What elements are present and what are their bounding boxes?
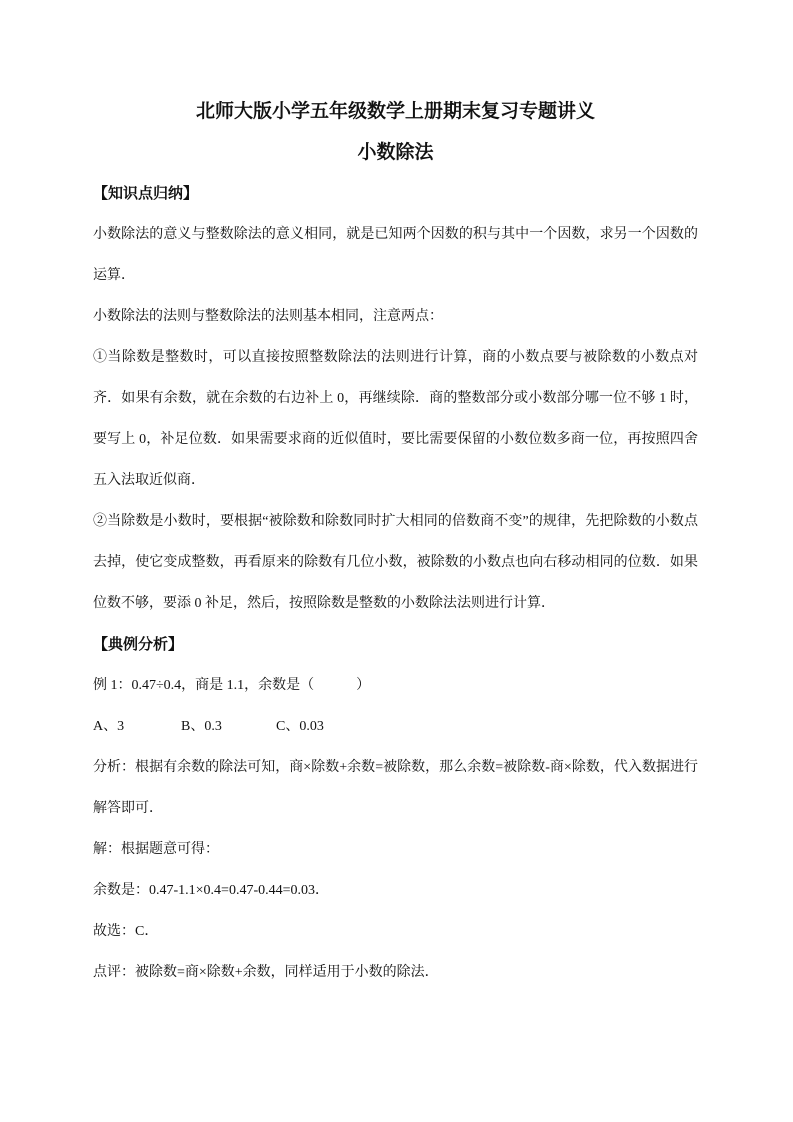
knowledge-section: 【知识点归纳】 小数除法的意义与整数除法的意义相同，就是已知两个因数的积与其中一… xyxy=(93,173,698,624)
knowledge-paragraph-rule-1: ①当除数是整数时，可以直接按照整数除法的法则进行计算，商的小数点要与被除数的小数… xyxy=(93,337,698,501)
option-a: A、3 xyxy=(93,706,181,747)
document-page: 北师大版小学五年级数学上册期末复习专题讲义 小数除法 【知识点归纳】 小数除法的… xyxy=(0,0,793,1122)
example-analysis: 分析：根据有余数的除法可知，商×除数+余数=被除数，那么余数=被除数-商×除数，… xyxy=(93,747,698,829)
example-answer: 故选：C． xyxy=(93,911,698,952)
option-b: B、0.3 xyxy=(181,706,276,747)
knowledge-paragraph-rules-intro: 小数除法的法则与整数除法的法则基本相同，注意两点： xyxy=(93,296,698,337)
knowledge-section-heading: 【知识点归纳】 xyxy=(93,173,698,214)
document-title: 北师大版小学五年级数学上册期末复习专题讲义 xyxy=(93,91,698,132)
example-comment: 点评：被除数=商×除数+余数，同样适用于小数的除法． xyxy=(93,952,698,993)
document-subtitle: 小数除法 xyxy=(93,132,698,173)
example-question: 例 1：0.47÷0.4，商是 1.1，余数是（ ） xyxy=(93,665,698,706)
example-options: A、3B、0.3C、0.03 xyxy=(93,706,698,747)
knowledge-paragraph-meaning: 小数除法的意义与整数除法的意义相同，就是已知两个因数的积与其中一个因数，求另一个… xyxy=(93,214,698,296)
knowledge-paragraph-rule-2: ②当除数是小数时，要根据“被除数和除数同时扩大相同的倍数商不变”的规律，先把除数… xyxy=(93,501,698,624)
example-solution-intro: 解：根据题意可得： xyxy=(93,829,698,870)
example-solution: 余数是：0.47-1.1×0.4=0.47-0.44=0.03． xyxy=(93,870,698,911)
example-section-heading: 【典例分析】 xyxy=(93,624,698,665)
example-section: 【典例分析】 例 1：0.47÷0.4，商是 1.1，余数是（ ） A、3B、0… xyxy=(93,624,698,993)
option-c: C、0.03 xyxy=(276,706,324,747)
